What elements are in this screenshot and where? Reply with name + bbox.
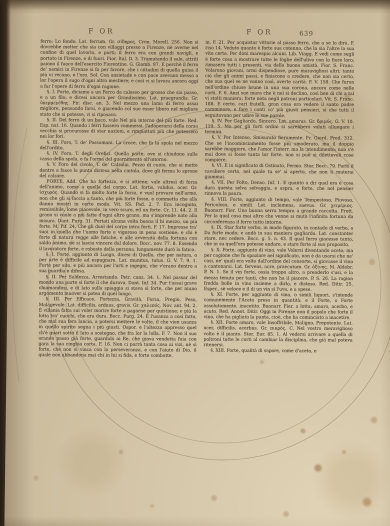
paragraph: §. V. Foro del civolo, T. de' Calzolai. … <box>40 162 198 180</box>
paragraph: in. F. 21. Per acquistar vittorie al pas… <box>205 40 354 119</box>
paragraph: FORTE, Add. Che ha fortezza, e si attien… <box>39 179 197 253</box>
paragraph: §. V. Per Intenso, Smisurato fieramente.… <box>205 135 354 164</box>
paragraph: §. VI. E in significato di Ostinato, Fer… <box>205 163 354 181</box>
paragraph: §. VII. Per Folto, Denso. Inf. 1. E quan… <box>204 180 353 198</box>
running-head-left: F OR <box>71 27 131 35</box>
scanned-book-page: F OR F OR 639 ferro; Lo fondo. Lat. ferr… <box>0 0 390 526</box>
text-column-right-body: in. F. 21. Per acquistar vittorie al pas… <box>203 40 354 355</box>
paragraph: §. XI. Forte, per aggiunto di vino, o si… <box>204 292 353 321</box>
paragraph: §. XIII. Forte, qualità di sapore, come … <box>203 348 352 355</box>
paragraph: §. XII. Forte amaro, vale Insoffribile, … <box>203 320 352 349</box>
paragraph: §. IV. Per Gagliardo, Sincero. Lat. amar… <box>205 118 354 136</box>
paragraph: ferro; Lo fondo. Lat. ferrum. Gr. σίδηρο… <box>40 39 198 90</box>
paragraph: §. X. Forte, aggiunto di vino, vale Vole… <box>204 247 353 293</box>
running-head-right: F OR <box>229 28 289 36</box>
page-content: F OR F OR 639 ferro; Lo fondo. Lat. ferr… <box>0 0 390 526</box>
paragraph: §. III. Per Efficace, Fortezza, Gravità,… <box>38 297 196 360</box>
paragraph: §. VIII. Forte, aggiunto di tempo, vale … <box>204 197 353 226</box>
text-column-left: ferro; Lo fondo. Lat. ferrum. Gr. σίδηρο… <box>38 39 198 415</box>
paragraph: §. II. Per Saldezza, Arrestando. Petr. c… <box>39 274 197 297</box>
page-number: 639 <box>289 30 323 38</box>
text-column-right: in. F. 21. Per acquistar vittorie al pas… <box>203 40 354 422</box>
paragraph: §. I. Forte, diciamo a un Ferro da cales… <box>40 89 198 118</box>
text-column-left-body: ferro; Lo fondo. Lat. ferrum. Gr. σίδηρο… <box>38 39 198 359</box>
paragraph: §. IX. Star forte verbo, in modo figurat… <box>204 225 353 248</box>
paragraph: §. II. Del ferro di un buco, vale Nel pi… <box>40 117 198 140</box>
paragraph: §. I. Forte, aggiunto di Luogo, dicesi d… <box>39 252 197 275</box>
